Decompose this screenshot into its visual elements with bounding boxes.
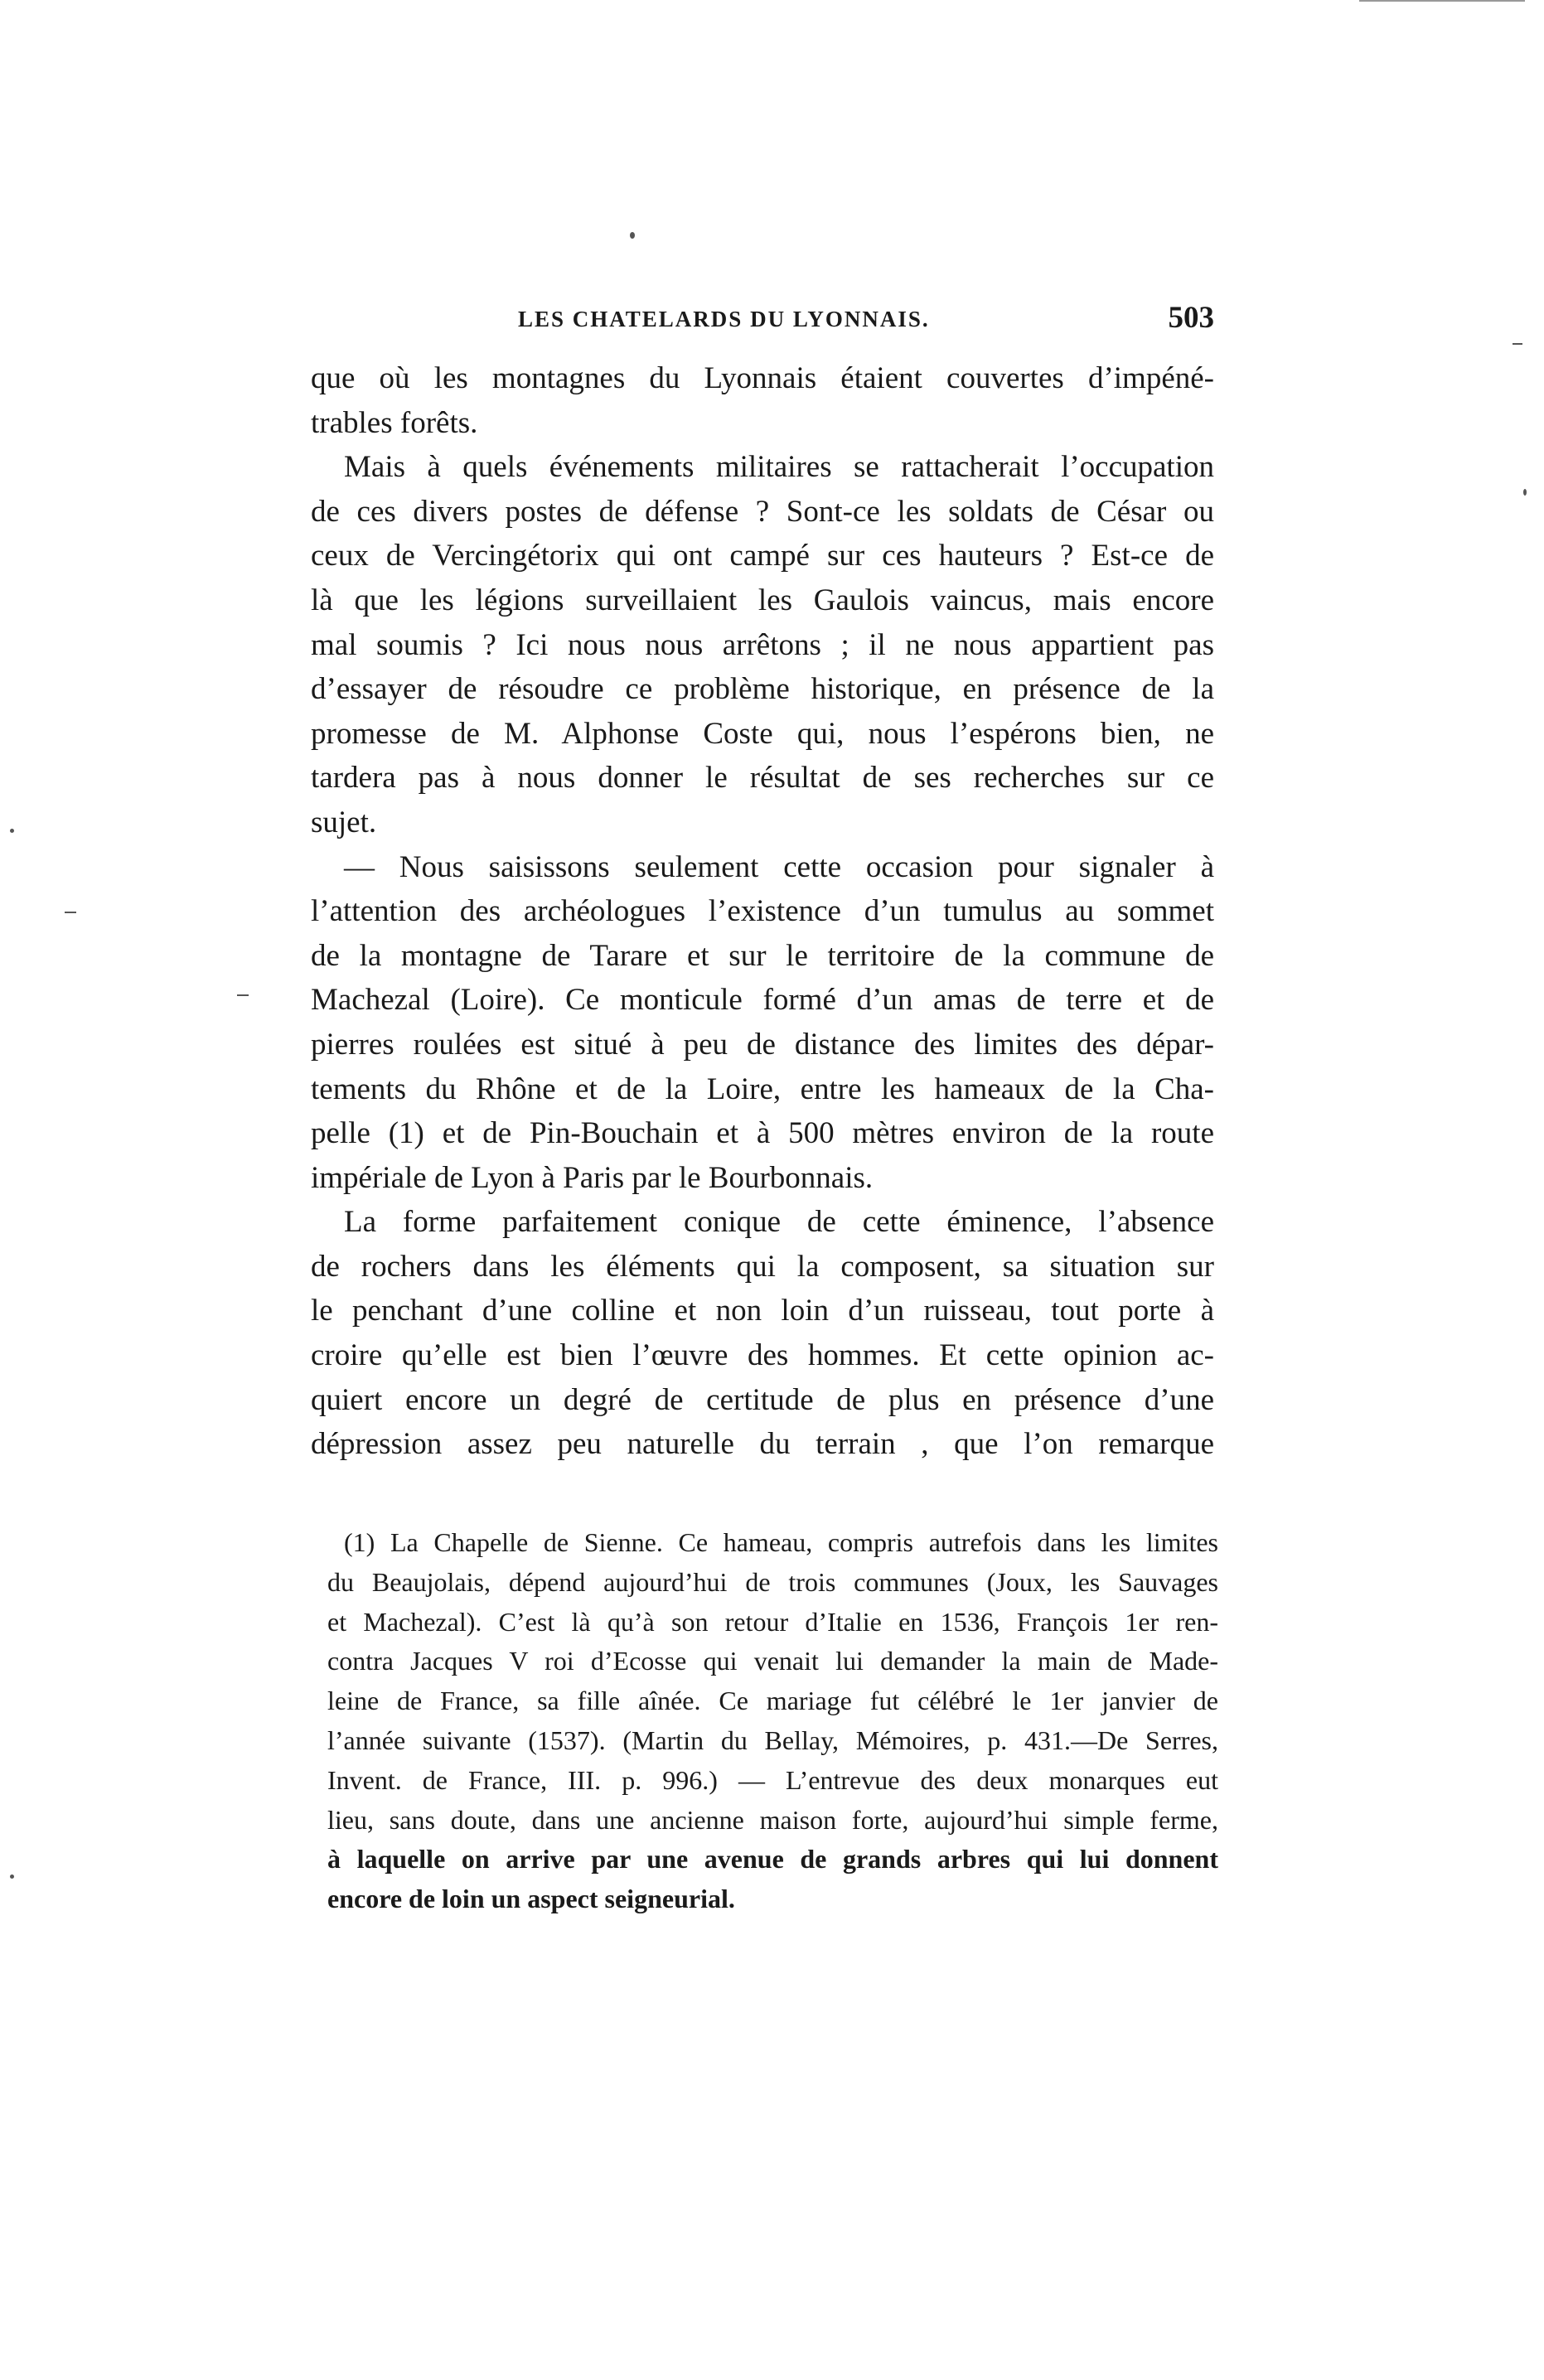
- footnote-line: du Beaujolais, dépend aujourd’hui de tro…: [327, 1563, 1218, 1603]
- body-line: de rochers dans les éléments qui la comp…: [311, 1245, 1214, 1289]
- body-line: ceux de Vercingétorix qui ont campé sur …: [311, 534, 1214, 578]
- body-text: que où les montagnes du Lyonnais étaient…: [311, 356, 1214, 1467]
- footnote-line: à laquelle on arrive par une avenue de g…: [327, 1840, 1218, 1879]
- footnote: (1) La Chapelle de Sienne. Ce hameau, co…: [327, 1523, 1218, 1919]
- body-line: La forme parfaitement conique de cette é…: [311, 1200, 1214, 1245]
- body-line: sujet.: [311, 801, 1214, 845]
- body-line: quiert encore un degré de certitude de p…: [311, 1378, 1214, 1423]
- scan-speck: [10, 829, 14, 833]
- body-line: mal soumis ? Ici nous nous arrêtons ; il…: [311, 623, 1214, 668]
- scan-speck: [1359, 0, 1525, 2]
- body-line: là que les légions surveillaient les Gau…: [311, 578, 1214, 623]
- scan-speck: [10, 1874, 14, 1879]
- body-line: tements du Rhône et de la Loire, entre l…: [311, 1067, 1214, 1112]
- body-line: — Nous saisissons seulement cette occasi…: [311, 845, 1214, 890]
- running-head: LES CHATELARDS DU LYONNAIS. 503: [311, 300, 1214, 341]
- scan-speck: [1513, 343, 1522, 345]
- page-number: 503: [1169, 300, 1215, 336]
- body-line: de la montagne de Tarare et sur le terri…: [311, 934, 1214, 979]
- body-line: promesse de M. Alphonse Coste qui, nous …: [311, 712, 1214, 757]
- scanned-book-page: LES CHATELARDS DU LYONNAIS. 503 que où l…: [0, 0, 1544, 2380]
- footnote-line: contra Jacques V roi d’Ecosse qui venait…: [327, 1642, 1218, 1681]
- body-line: d’essayer de résoudre ce problème histor…: [311, 667, 1214, 712]
- body-line: Mais à quels événements militaires se ra…: [311, 445, 1214, 490]
- body-line: trables forêts.: [311, 401, 1214, 446]
- footnote-line: et Machezal). C’est là qu’à son retour d…: [327, 1603, 1218, 1642]
- scan-speck: [237, 994, 249, 996]
- body-line: dépression assez peu naturelle du terrai…: [311, 1422, 1214, 1467]
- body-line: pierres roulées est situé à peu de dista…: [311, 1023, 1214, 1067]
- running-title: LES CHATELARDS DU LYONNAIS.: [518, 307, 930, 332]
- body-line: croire qu’elle est bien l’œuvre des homm…: [311, 1333, 1214, 1378]
- body-line: que où les montagnes du Lyonnais étaient…: [311, 356, 1214, 401]
- footnote-line: leine de France, sa fille aînée. Ce mari…: [327, 1681, 1218, 1721]
- body-line: l’attention des archéologues l’existence…: [311, 889, 1214, 934]
- scan-speck: [630, 232, 635, 239]
- body-line: Machezal (Loire). Ce monticule formé d’u…: [311, 978, 1214, 1023]
- footnote-line: Invent. de France, III. p. 996.) — L’ent…: [327, 1761, 1218, 1801]
- scan-speck: [1523, 489, 1527, 496]
- scan-speck: [65, 912, 76, 913]
- footnote-line: lieu, sans doute, dans une ancienne mais…: [327, 1801, 1218, 1841]
- body-line: impériale de Lyon à Paris par le Bourbon…: [311, 1156, 1214, 1201]
- footnote-line: encore de loin un aspect seigneurial.: [327, 1879, 1218, 1919]
- body-line: le penchant d’une colline et non loin d’…: [311, 1289, 1214, 1333]
- body-line: pelle (1) et de Pin-Bouchain et à 500 mè…: [311, 1111, 1214, 1156]
- footnote-line: l’année suivante (1537). (Martin du Bell…: [327, 1721, 1218, 1761]
- footnote-line: (1) La Chapelle de Sienne. Ce hameau, co…: [327, 1523, 1218, 1563]
- body-line: de ces divers postes de défense ? Sont-c…: [311, 490, 1214, 535]
- body-line: tardera pas à nous donner le résultat de…: [311, 756, 1214, 801]
